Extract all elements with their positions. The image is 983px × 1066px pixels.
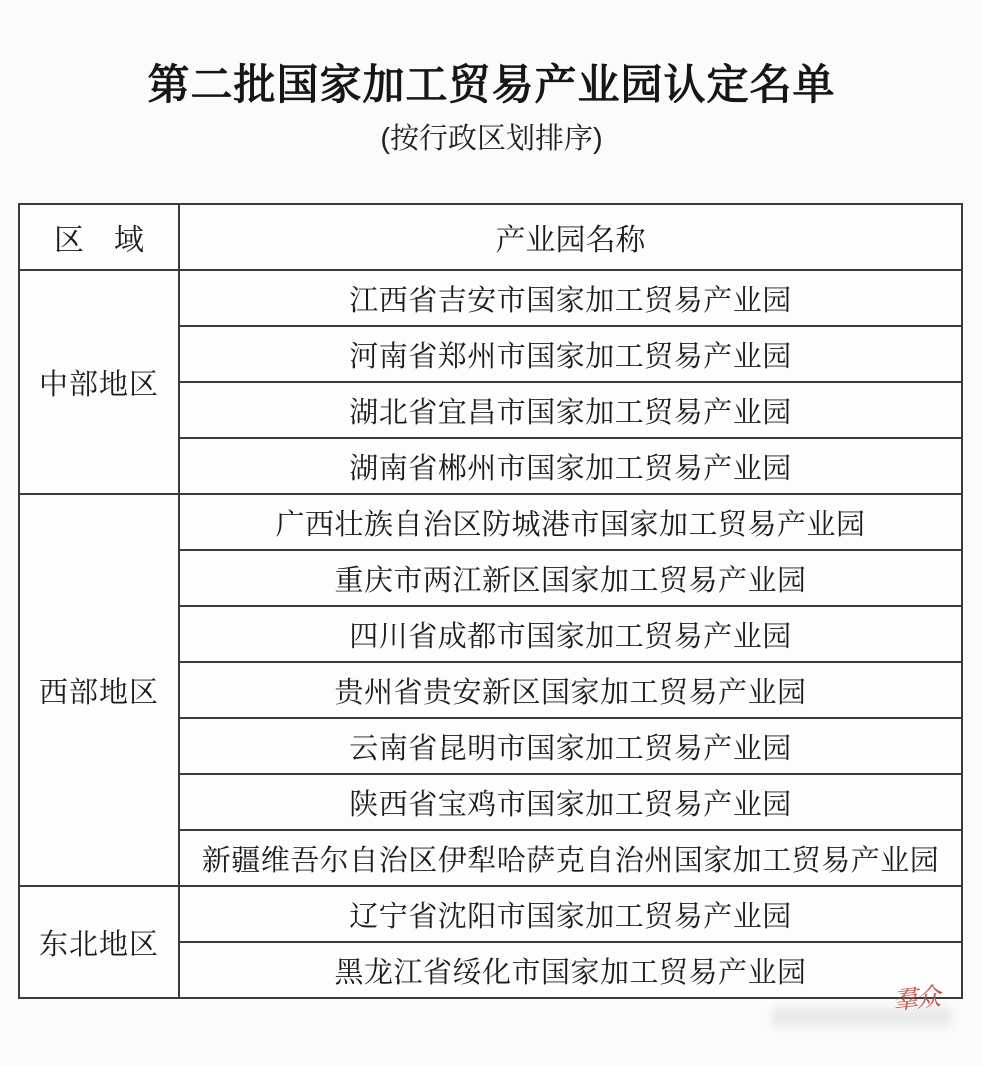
park-name-cell: 湖北省宜昌市国家加工贸易产业园	[179, 382, 962, 438]
table-body: 中部地区江西省吉安市国家加工贸易产业园河南省郑州市国家加工贸易产业园湖北省宜昌市…	[19, 270, 962, 998]
park-name-cell: 贵州省贵安新区国家加工贸易产业园	[179, 662, 962, 718]
table-row: 中部地区江西省吉安市国家加工贸易产业园	[19, 270, 962, 326]
region-cell: 东北地区	[19, 886, 179, 998]
region-cell: 中部地区	[19, 270, 179, 494]
park-column-header: 产业园名称	[179, 204, 962, 270]
document-page: 第二批国家加工贸易产业园认定名单 (按行政区划排序) 区 域 产业园名称 中部地…	[0, 0, 983, 1066]
park-name-cell: 四川省成都市国家加工贸易产业园	[179, 606, 962, 662]
page-subtitle: (按行政区划排序)	[0, 116, 983, 157]
table-row: 西部地区广西壮族自治区防城港市国家加工贸易产业园	[19, 494, 962, 550]
region-column-header: 区 域	[19, 204, 179, 270]
park-name-cell: 湖南省郴州市国家加工贸易产业园	[179, 438, 962, 494]
park-name-cell: 重庆市两江新区国家加工贸易产业园	[179, 550, 962, 606]
table-row: 东北地区辽宁省沈阳市国家加工贸易产业园	[19, 886, 962, 942]
park-name-cell: 陕西省宝鸡市国家加工贸易产业园	[179, 774, 962, 830]
page-title: 第二批国家加工贸易产业园认定名单	[0, 52, 983, 112]
region-cell: 西部地区	[19, 494, 179, 886]
parks-table: 区 域 产业园名称 中部地区江西省吉安市国家加工贸易产业园河南省郑州市国家加工贸…	[18, 203, 963, 999]
park-name-cell: 黑龙江省绥化市国家加工贸易产业园	[179, 942, 962, 998]
park-name-cell: 辽宁省沈阳市国家加工贸易产业园	[179, 886, 962, 942]
park-name-cell: 河南省郑州市国家加工贸易产业园	[179, 326, 962, 382]
park-name-cell: 广西壮族自治区防城港市国家加工贸易产业园	[179, 494, 962, 550]
park-name-cell: 江西省吉安市国家加工贸易产业园	[179, 270, 962, 326]
header-row: 区 域 产业园名称	[19, 204, 962, 270]
table-header: 区 域 产业园名称	[19, 204, 962, 270]
park-name-cell: 云南省昆明市国家加工贸易产业园	[179, 718, 962, 774]
park-name-cell: 新疆维吾尔自治区伊犁哈萨克自治州国家加工贸易产业园	[179, 830, 962, 886]
red-signature-watermark: 羣众	[892, 984, 941, 1016]
